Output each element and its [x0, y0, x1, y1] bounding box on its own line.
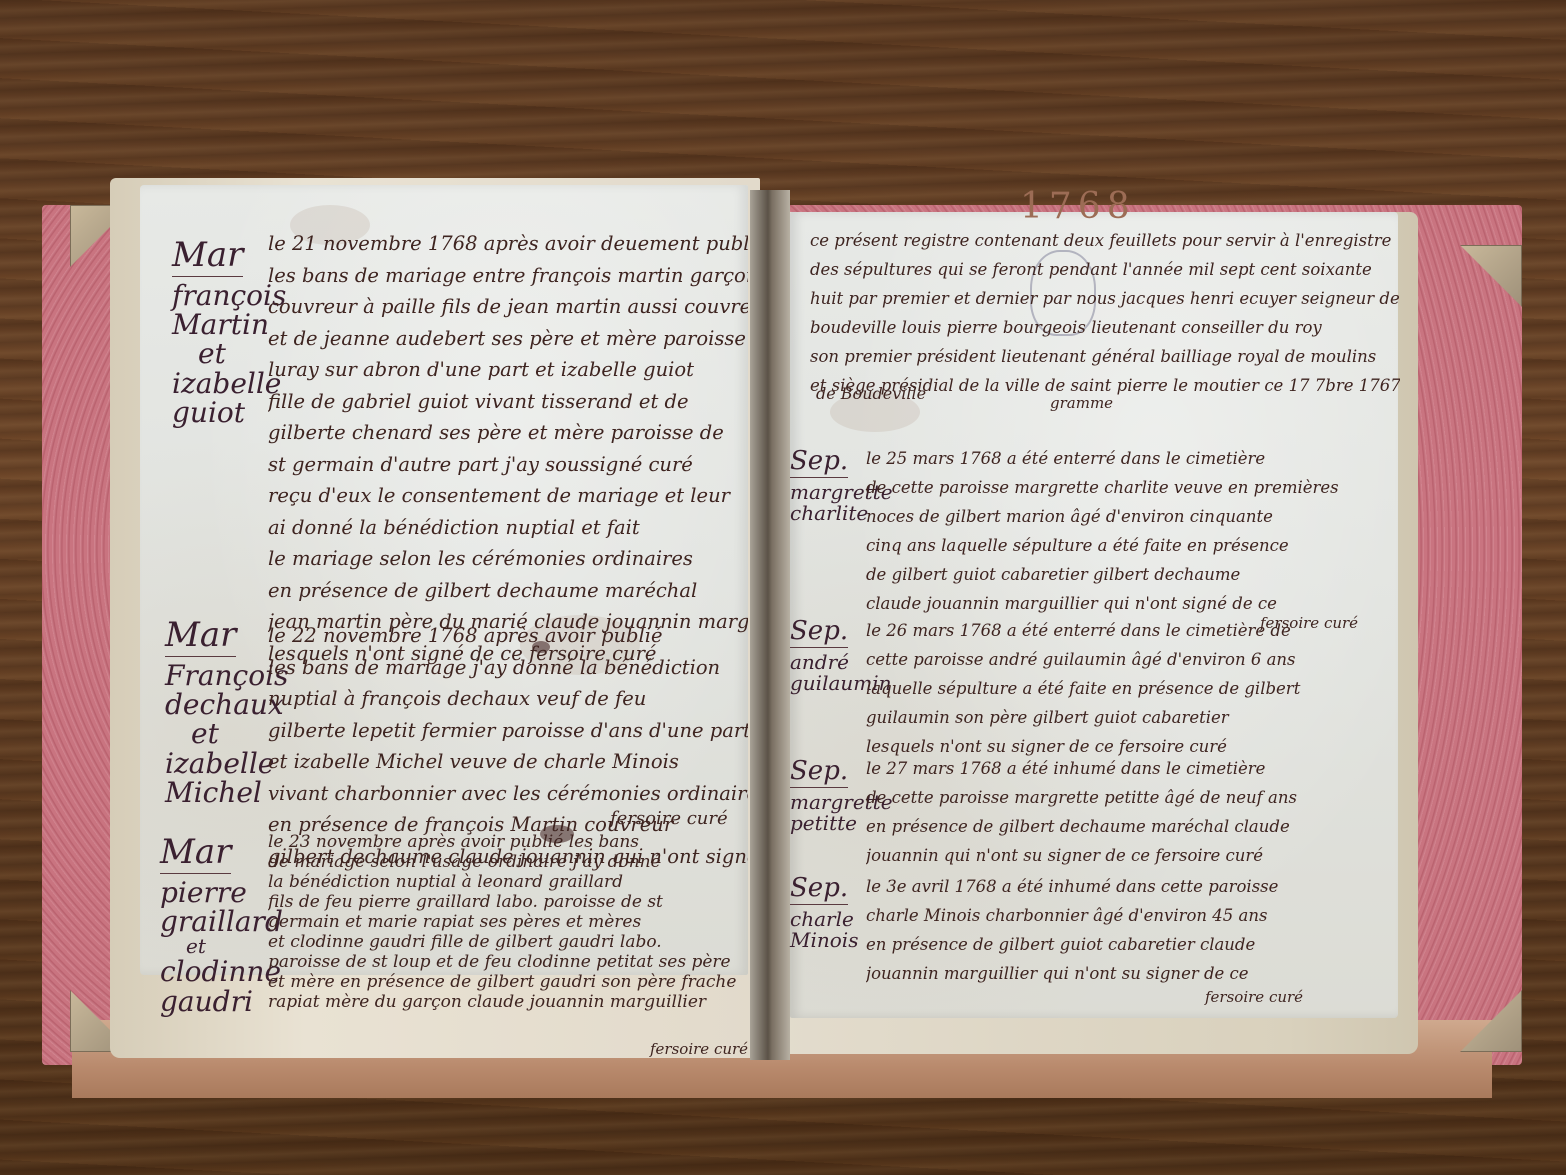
register-entry-marriage-3: le 23 novembre après avoir publié les ba…: [268, 832, 748, 1012]
entry-line: gilberte chenard ses père et mère parois…: [268, 417, 748, 449]
header-line: des sépultures qui se feront pendant l'a…: [810, 255, 1400, 284]
entry-type-label: Sep.: [790, 448, 848, 478]
header-line: son premier président lieutenant général…: [810, 342, 1400, 371]
entry-type-label: Sep.: [790, 618, 848, 648]
entry-line: gilberte lepetit fermier paroisse d'ans …: [268, 715, 748, 747]
entry-line: le 23 novembre après avoir publié les ba…: [268, 832, 748, 852]
entry-type-label: Mar: [165, 618, 236, 657]
entry-line: en présence de gilbert dechaume maréchal: [268, 575, 748, 607]
margin-label-burial-4: Sep. charle Minois: [790, 875, 858, 951]
entry-line: de cette paroisse margrette charlite veu…: [866, 473, 1396, 502]
entry-line: et clodinne gaudri fille de gilbert gaud…: [268, 932, 748, 952]
signature: fersoire curé: [650, 1040, 748, 1058]
entry-line: germain et marie rapiat ses pères et mèr…: [268, 912, 748, 932]
margin-name: charle: [790, 909, 858, 930]
entry-line: le 27 mars 1768 a été inhumé dans le cim…: [866, 754, 1396, 783]
entry-line: de cette paroisse margrette petitte âgé …: [866, 783, 1396, 812]
entry-line: couvreur à paille fils de jean martin au…: [268, 291, 748, 323]
margin-name: gaudri: [160, 987, 283, 1016]
entry-line: les bans de mariage j'ay donné la bénédi…: [268, 652, 748, 684]
entry-line: cette paroisse andré guilaumin âgé d'env…: [866, 645, 1396, 674]
margin-name: pierre: [160, 878, 283, 907]
register-entry-burial-2: le 26 mars 1768 a été enterré dans le ci…: [866, 616, 1396, 761]
entry-line: charle Minois charbonnier âgé d'environ …: [866, 901, 1396, 930]
margin-label-entry-3: Mar pierre graillard et clodinne gaudri: [160, 835, 283, 1016]
entry-line: vivant charbonnier avec les cérémonies o…: [268, 778, 748, 810]
margin-name: clodinne: [160, 957, 283, 986]
entry-line: en présence de gilbert guiot cabaretier …: [866, 930, 1396, 959]
entry-line: cinq ans laquelle sépulture a été faite …: [866, 531, 1396, 560]
entry-line: reçu d'eux le consentement de mariage et…: [268, 480, 748, 512]
margin-name: graillard: [160, 907, 283, 936]
entry-line: en présence de gilbert dechaume maréchal…: [866, 812, 1396, 841]
register-entry-marriage-1: le 21 novembre 1768 après avoir deuement…: [268, 228, 748, 669]
entry-line: de gilbert guiot cabaretier gilbert dech…: [866, 560, 1396, 589]
book-gutter: [750, 190, 790, 1060]
entry-line: de mariage selon l'usage ordinaire j'ay …: [268, 852, 748, 872]
register-entry-burial-1: le 25 mars 1768 a été enterré dans le ci…: [866, 444, 1396, 618]
entry-line: fille de gabriel guiot vivant tisserand …: [268, 386, 748, 418]
signature-gramme: gramme: [1050, 394, 1113, 412]
register-entry-burial-3: le 27 mars 1768 a été inhumé dans le cim…: [866, 754, 1396, 870]
entry-line: noces de gilbert marion âgé d'environ ci…: [866, 502, 1396, 531]
signature: fersoire curé: [1205, 988, 1303, 1006]
entry-line: paroisse de st loup et de feu clodinne p…: [268, 952, 748, 972]
entry-line: le mariage selon les cérémonies ordinair…: [268, 543, 748, 575]
entry-line: jouannin qui n'ont su signer de ce ferso…: [866, 841, 1396, 870]
header-line: huit par premier et dernier par nous jac…: [810, 284, 1400, 313]
signature-boudeville: de Boudeville: [816, 384, 926, 403]
year-stamp: 1768: [1020, 186, 1136, 227]
entry-line: le 3e avril 1768 a été inhumé dans cette…: [866, 872, 1396, 901]
entry-line: nuptial à françois dechaux veuf de feu: [268, 683, 748, 715]
entry-type-label: Sep.: [790, 758, 848, 788]
header-line: boudeville louis pierre bourgeois lieute…: [810, 313, 1400, 342]
entry-line: rapiat mère du garçon claude jouannin ma…: [268, 992, 748, 1012]
entry-line: guilaumin son père gilbert guiot cabaret…: [866, 703, 1396, 732]
entry-line: et izabelle Michel veuve de charle Minoi…: [268, 746, 748, 778]
entry-line: luray sur abron d'une part et izabelle g…: [268, 354, 748, 386]
entry-line: ai donné la bénédiction nuptial et fait: [268, 512, 748, 544]
margin-name: Minois: [790, 930, 858, 951]
entry-line: fils de feu pierre graillard labo. paroi…: [268, 892, 748, 912]
header-line: ce présent registre contenant deux feuil…: [810, 226, 1400, 255]
entry-type-label: Sep.: [790, 875, 848, 905]
entry-type-label: Mar: [172, 238, 243, 277]
entry-type-label: Mar: [160, 835, 231, 874]
register-entry-burial-4: le 3e avril 1768 a été inhumé dans cette…: [866, 872, 1396, 988]
margin-name: et: [160, 936, 283, 957]
entry-line: jouannin marguillier qui n'ont su signer…: [866, 959, 1396, 988]
entry-line: laquelle sépulture a été faite en présen…: [866, 674, 1396, 703]
entry-line: les bans de mariage entre françois marti…: [268, 260, 748, 292]
entry-line: et mère en présence de gilbert gaudri so…: [268, 972, 748, 992]
entry-line: le 21 novembre 1768 après avoir deuement…: [268, 228, 748, 260]
entry-line: la bénédiction nuptial à leonard grailla…: [268, 872, 748, 892]
entry-line: le 25 mars 1768 a été enterré dans le ci…: [866, 444, 1396, 473]
entry-line: et de jeanne audebert ses père et mère p…: [268, 323, 748, 355]
register-header-declaration: ce présent registre contenant deux feuil…: [810, 226, 1400, 400]
entry-line: le 22 novembre 1768 après avoir publié: [268, 620, 748, 652]
entry-line: le 26 mars 1768 a été enterré dans le ci…: [866, 616, 1396, 645]
signature: fersoire curé: [610, 808, 728, 829]
entry-line: st germain d'autre part j'ay soussigné c…: [268, 449, 748, 481]
